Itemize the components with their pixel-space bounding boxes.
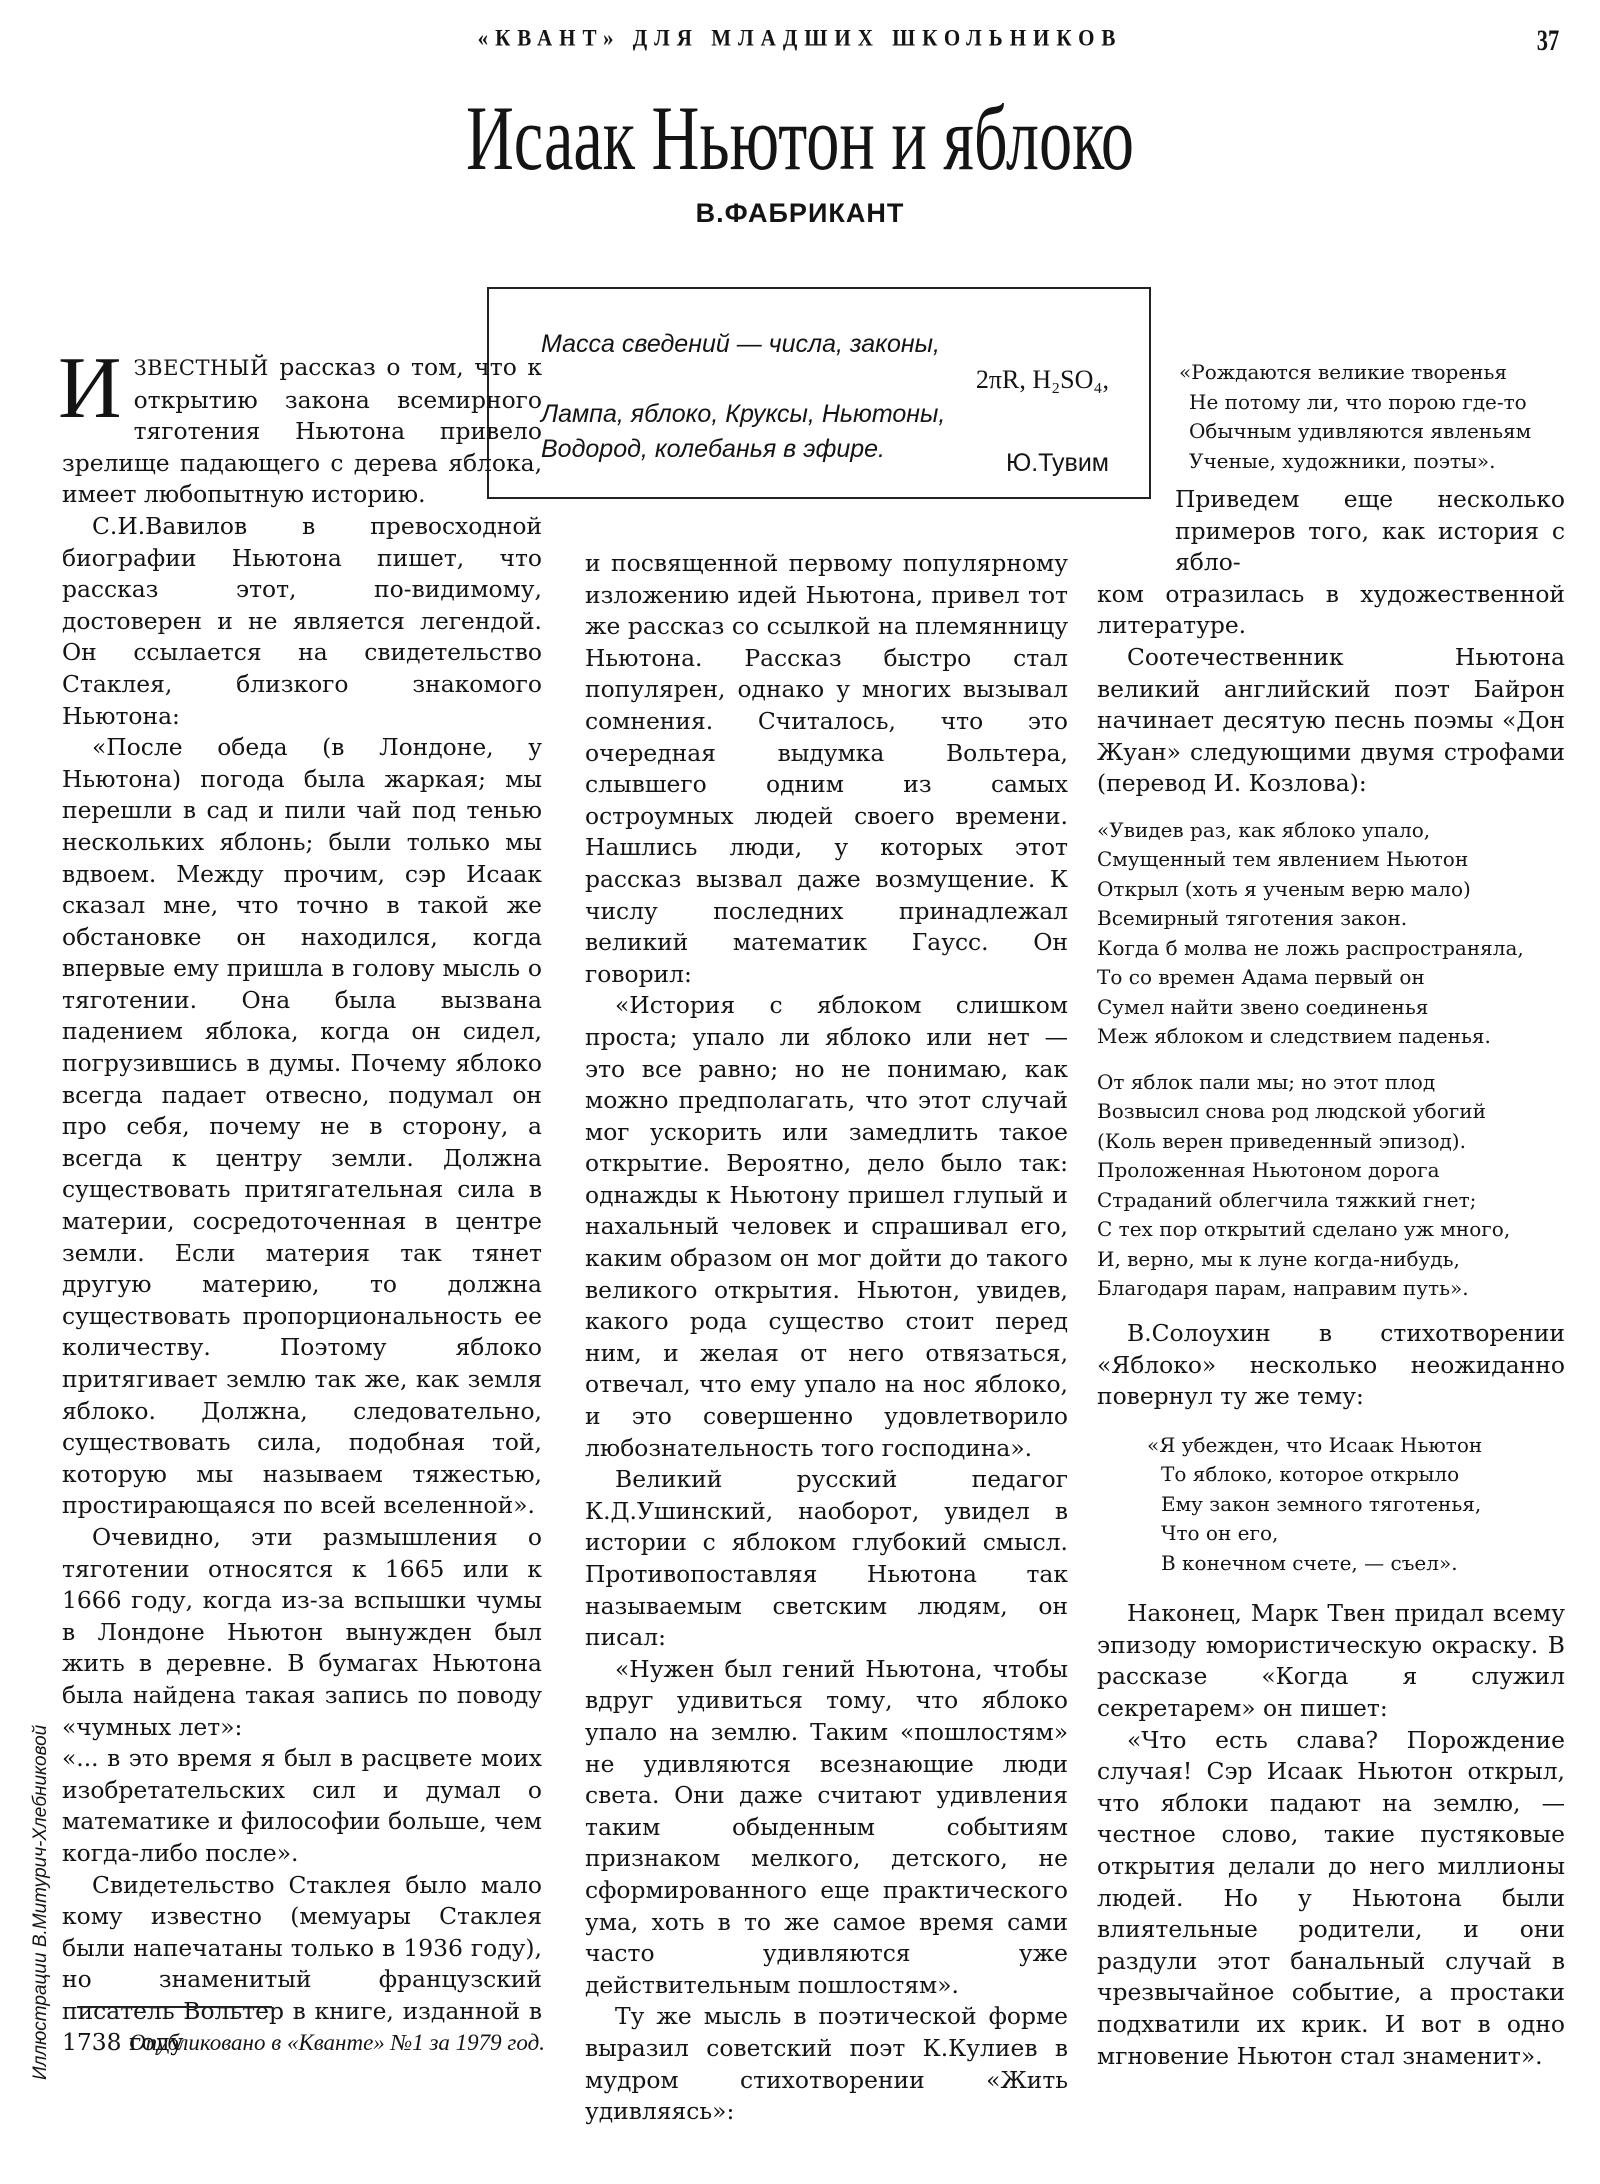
paragraph: Соотечественник Ньютона великий английск… <box>1097 642 1565 800</box>
verse-line: Страданий облегчила тяжкий гнет; <box>1097 1186 1565 1216</box>
verse-line: Сумел найти звено соединенья <box>1097 993 1565 1023</box>
verse-kuliev: «Рождаются великие творенья Не потому ли… <box>1189 358 1565 476</box>
paragraph: В.Солоухин в стихотворении «Яблоко» неск… <box>1097 1318 1565 1413</box>
quote-paragraph: «История с яблоком слишком проста; упало… <box>585 990 1068 1464</box>
verse-line: От яблок пали мы; но этот плод <box>1097 1068 1565 1098</box>
epigraph-attribution: Ю.Тувим <box>1006 446 1109 481</box>
paragraph: Великий русский педагог К.Д.Ушинский, на… <box>585 1464 1068 1654</box>
verse-line: Всемирный тяготения закон. <box>1097 904 1565 934</box>
illustration-credit: Иллюстрации В.Митурич-Хлебниковой <box>30 1725 52 2080</box>
verse-line: (Коль верен приведенный эпизод). <box>1097 1127 1565 1157</box>
quote-paragraph: «Нужен был гений Ньютона, чтобы вдруг уд… <box>585 1654 1068 2002</box>
verse-line: То со времен Адама первый он <box>1097 963 1565 993</box>
paragraph: Приведем еще несколько примеров того, ка… <box>1097 484 1565 579</box>
quote-paragraph: «Что есть слава? Порождение случая! Сэр … <box>1097 1725 1565 2073</box>
verse-line: Не потому ли, что порою где-то <box>1189 388 1565 418</box>
column-right: «Рождаются великие творенья Не потому ли… <box>1097 358 1565 2072</box>
verse-line: В конечном счете, — съел». <box>1147 1549 1565 1579</box>
epigraph-formula: 2πR, H₂SO₄, <box>541 362 1149 397</box>
verse-line: Благодаря парам, направим путь». <box>1097 1274 1565 1304</box>
footnote-rule <box>77 2006 272 2008</box>
article-title: Исаак Ньютон и яблоко <box>224 88 1376 188</box>
drop-cap: И <box>58 356 122 420</box>
paragraph-continued: ком отразилась в художественной литерату… <box>1097 579 1565 642</box>
stanza-gap <box>1097 1052 1565 1068</box>
verse-line: Ему закон земного тяготенья, <box>1147 1490 1565 1520</box>
verse-line: Смущенный тем явлением Ньютон <box>1097 845 1565 875</box>
verse-line: Открыл (хоть я ученым верю мало) <box>1097 875 1565 905</box>
paragraph: и посвященной первому популярному изложе… <box>585 548 1068 990</box>
verse-line: «Рождаются великие творенья <box>1179 358 1565 388</box>
column-left: ИЗВЕСТНЫЙ рассказ о том, что к открытию … <box>62 352 542 2059</box>
footnote: Опубликовано в «Кванте» №1 за 1979 год. <box>100 2030 545 2056</box>
paragraph: Очевидно, эти размышления о тяготении от… <box>62 1522 542 1743</box>
verse-line: «Я убежден, что Исаак Ньютон <box>1147 1431 1565 1461</box>
article-author: В.ФАБРИКАНТ <box>0 198 1600 229</box>
verse-line: И, верно, мы к луне когда-нибудь, <box>1097 1245 1565 1275</box>
epigraph-line: Масса сведений — числа, законы, <box>541 327 1149 362</box>
epigraph-box: Масса сведений — числа, законы, 2πR, H₂S… <box>487 287 1151 499</box>
running-head: «КВАНТ» ДЛЯ МЛАДШИХ ШКОЛЬНИКОВ <box>0 25 1600 53</box>
verse-byron: «Увидев раз, как яблоко упало, Смущенный… <box>1097 816 1565 1304</box>
verse-line: Что он его, <box>1147 1519 1565 1549</box>
lead-smallcaps: ЗВЕСТНЫЙ <box>134 356 269 380</box>
epigraph-line: Лампа, яблоко, Круксы, Ньютоны, <box>541 397 1149 432</box>
verse-line: С тех пор открытий сделано уж много, <box>1097 1215 1565 1245</box>
verse-line: «Увидев раз, как яблоко упало, <box>1097 816 1565 846</box>
verse-soloukhin: «Я убежден, что Исаак Ньютон То яблоко, … <box>1147 1431 1565 1579</box>
verse-line: Обычным удивляются явленьям <box>1189 417 1565 447</box>
verse-line: Ученые, художники, поэты». <box>1189 447 1565 477</box>
paragraph: Ту же мысль в поэтической форме выразил … <box>585 2001 1068 2127</box>
page-number: 37 <box>1537 24 1560 58</box>
paragraph: С.И.Вавилов в превосходной биографии Нью… <box>62 511 542 732</box>
verse-line: То яблоко, которое открыло <box>1147 1460 1565 1490</box>
verse-line: Проложенная Ньютоном дорога <box>1097 1156 1565 1186</box>
verse-line: Возвысил снова род людской убогий <box>1097 1097 1565 1127</box>
quote-paragraph: «... в это время я был в расцвете моих и… <box>62 1743 542 1869</box>
verse-line: Когда б молва не ложь распространяла, <box>1097 934 1565 964</box>
verse-line: Меж яблоком и следствием паденья. <box>1097 1022 1565 1052</box>
paragraph: Наконец, Марк Твен придал всему эпизоду … <box>1097 1598 1565 1724</box>
quote-paragraph: «После обеда (в Лондоне, у Ньютона) пого… <box>62 732 542 1522</box>
column-middle: и посвященной первому популярному изложе… <box>585 548 1068 2128</box>
paragraph-intro: ИЗВЕСТНЫЙ рассказ о том, что к открытию … <box>62 352 542 511</box>
